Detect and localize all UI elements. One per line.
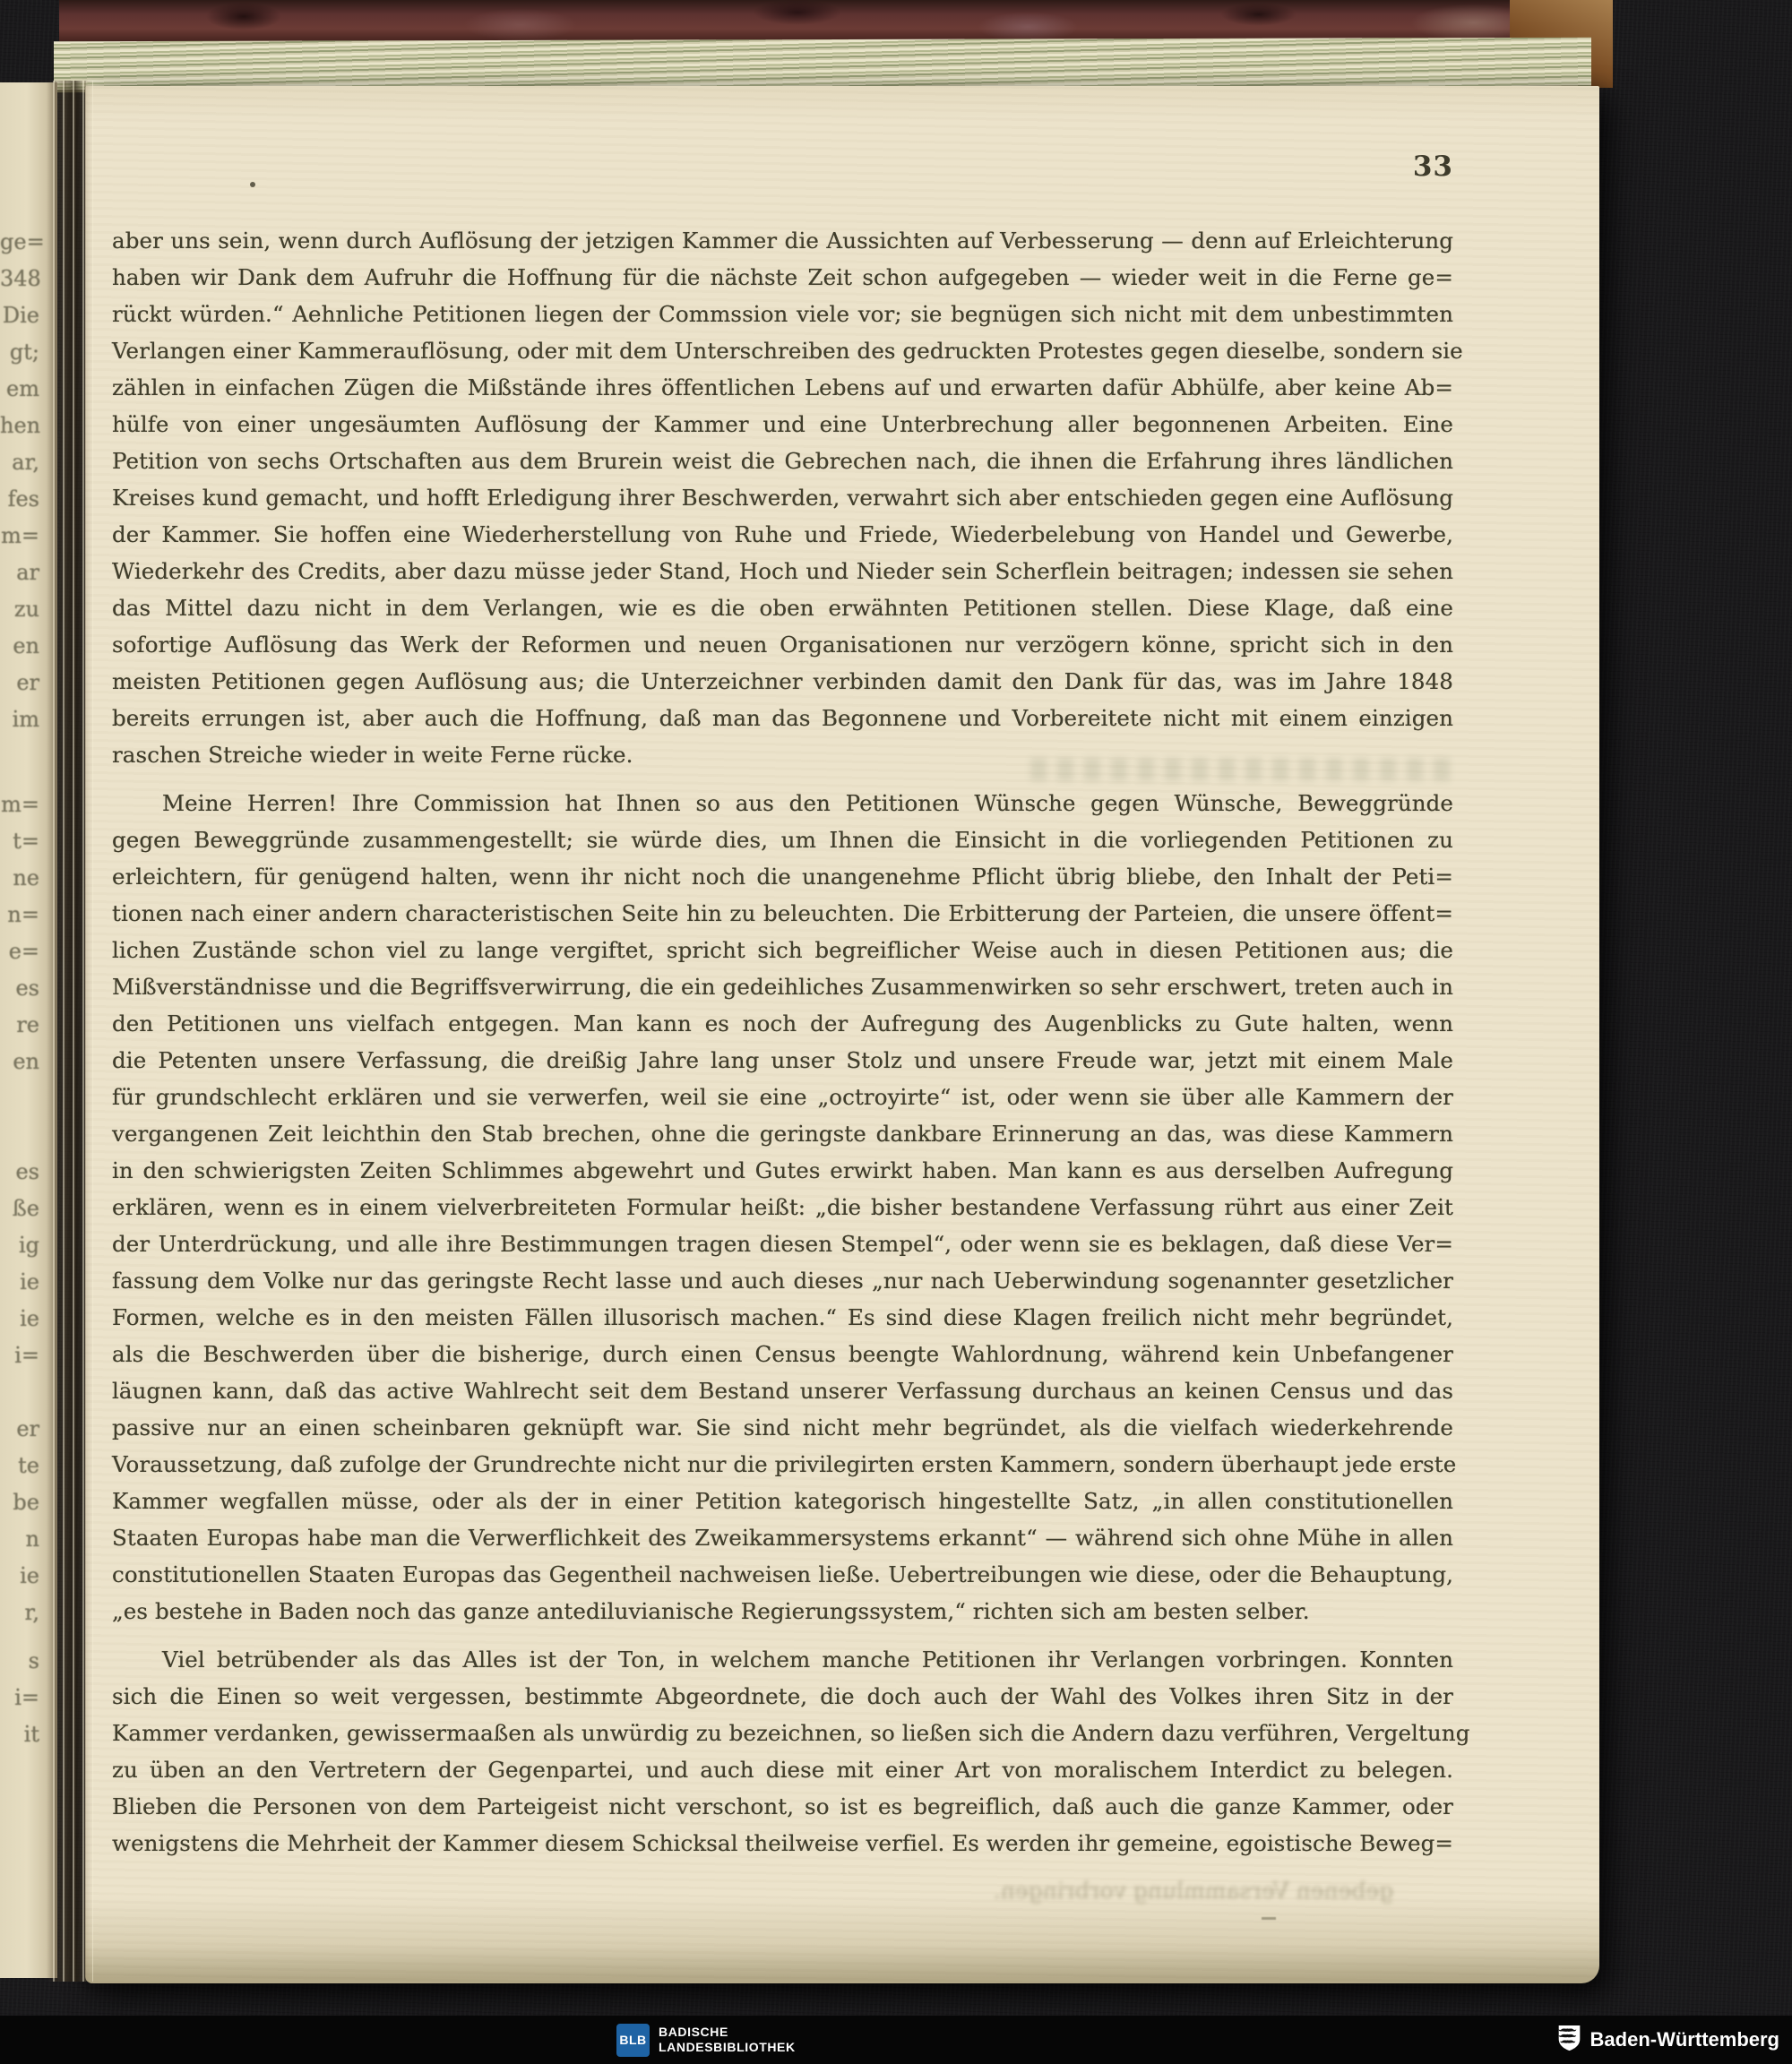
text-line: wenigstens die Mehrheit der Kammer diese… bbox=[112, 1825, 1453, 1862]
viewer-background: 33 aber uns sein, wenn durch Auflösung d… bbox=[0, 0, 1792, 2064]
text-line: fassung dem Volke nur das geringste Rech… bbox=[112, 1262, 1453, 1299]
blb-logo-mark: BLB bbox=[616, 2024, 650, 2057]
margin-fragment: ie bbox=[0, 1301, 39, 1337]
show-through-mark bbox=[1262, 1917, 1276, 1920]
margin-fragment: fes bbox=[0, 481, 39, 518]
margin-fragment: r, bbox=[0, 1595, 39, 1631]
text-line: läugnen kann, daß das active Wahlrecht s… bbox=[112, 1372, 1453, 1409]
text-line: erklären, wenn es in einem vielverbreite… bbox=[112, 1189, 1453, 1225]
text-line: Viel betrübender als das Alles ist der T… bbox=[112, 1641, 1453, 1678]
margin-fragment: es bbox=[0, 970, 39, 1007]
margin-fragment: t= bbox=[0, 823, 39, 860]
margin-fragment: e= bbox=[0, 933, 39, 970]
text-line: rückt würden.“ Aehnliche Petitionen lieg… bbox=[112, 296, 1453, 332]
margin-fragment: im bbox=[0, 701, 39, 738]
margin-fragment: hen bbox=[0, 408, 39, 444]
margin-fragment: er bbox=[0, 665, 39, 701]
text-line: der Unterdrückung, und alle ihre Bestimm… bbox=[112, 1225, 1453, 1262]
margin-fragment: en bbox=[0, 628, 39, 665]
text-line: tionen nach einer andern characteristisc… bbox=[112, 895, 1453, 932]
margin-fragment: re bbox=[0, 1007, 39, 1044]
text-line: Meine Herren! Ihre Commission hat Ihnen … bbox=[112, 785, 1453, 821]
margin-fragment: Die bbox=[0, 297, 39, 334]
text-line: Formen, welche es in den meisten Fällen … bbox=[112, 1299, 1453, 1336]
margin-fragment: ne bbox=[0, 860, 39, 897]
text-line: hülfe von einer ungesäumten Auflösung de… bbox=[112, 406, 1453, 443]
margin-fragment: m= bbox=[0, 518, 39, 555]
margin-fragment: ig bbox=[0, 1227, 39, 1264]
margin-fragment: i= bbox=[0, 1680, 39, 1716]
show-through-smudge bbox=[1030, 758, 1452, 781]
text-line: haben wir Dank dem Aufruhr die Hoffnung … bbox=[112, 259, 1453, 296]
text-line: Kammer wegfallen müsse, oder als der in … bbox=[112, 1483, 1453, 1519]
text-line: „es bestehe in Baden noch das ganze ante… bbox=[112, 1593, 1453, 1630]
text-line: das Mittel dazu nicht in dem Verlangen, … bbox=[112, 589, 1453, 626]
blb-logo[interactable]: BLB BADISCHE LANDESBIBLIOTHEK bbox=[616, 2016, 796, 2064]
blb-logo-text: BADISCHE LANDESBIBLIOTHEK bbox=[659, 2025, 796, 2055]
text-line: die Petenten unsere Verfassung, die drei… bbox=[112, 1042, 1453, 1079]
text-line: Staaten Europas habe man die Verwerflich… bbox=[112, 1519, 1453, 1556]
text-line: der Kammer. Sie hoffen eine Wiederherste… bbox=[112, 516, 1453, 553]
text-line: Kreises kund gemacht, und hofft Erledigu… bbox=[112, 479, 1453, 516]
margin-fragment: zu bbox=[0, 591, 39, 628]
margin-fragment: n bbox=[0, 1521, 39, 1558]
text-line: Blieben die Personen von dem Parteigeist… bbox=[112, 1788, 1453, 1825]
margin-fragment: ie bbox=[0, 1558, 39, 1595]
text-line: Mißverständnisse und die Begriffsverwirr… bbox=[112, 968, 1453, 1005]
text-line: den Petitionen uns vielfach entgegen. Ma… bbox=[112, 1005, 1453, 1042]
margin-fragment: ar, bbox=[0, 444, 39, 481]
text-line: Voraussetzung, daß zufolge der Grundrech… bbox=[112, 1446, 1453, 1483]
show-through-text: gebenen Versammlung vorbringen. bbox=[916, 1878, 1471, 1905]
text-line: in den schwierigsten Zeiten Schlimmes ab… bbox=[112, 1152, 1453, 1189]
margin-fragment: ar bbox=[0, 555, 39, 591]
text-line: Wiederkehr des Credits, aber dazu müsse … bbox=[112, 553, 1453, 589]
margin-fragment: gt; bbox=[0, 334, 39, 371]
margin-fragment: ie bbox=[0, 1264, 39, 1301]
text-line: zählen in einfachen Zügen die Mißstände … bbox=[112, 369, 1453, 406]
body-text: aber uns sein, wenn durch Auflösung der … bbox=[112, 0, 1453, 2064]
margin-fragment: i= bbox=[0, 1337, 39, 1374]
text-line: lichen Zustände schon viel zu lange verg… bbox=[112, 932, 1453, 968]
blb-name-line2: LANDESBIBLIOTHEK bbox=[659, 2040, 796, 2055]
margin-fragment: ße bbox=[0, 1191, 39, 1227]
text-line: bereits errungen ist, aber auch die Hoff… bbox=[112, 700, 1453, 736]
text-line: sofortige Auflösung das Werk der Reforme… bbox=[112, 626, 1453, 663]
text-line: erleichtern, für genügend halten, wenn i… bbox=[112, 858, 1453, 895]
text-line: passive nur an einen scheinbaren geknüpf… bbox=[112, 1409, 1453, 1446]
margin-fragment: en bbox=[0, 1044, 39, 1080]
margin-fragment: er bbox=[0, 1411, 39, 1448]
text-line: constitutionellen Staaten Europas das Ge… bbox=[112, 1556, 1453, 1593]
margin-fragment: em bbox=[0, 371, 39, 408]
blb-name-line1: BADISCHE bbox=[659, 2025, 796, 2040]
baden-wuerttemberg-logo[interactable]: Baden-Württemberg bbox=[1557, 2016, 1779, 2064]
gutter-shadow bbox=[47, 81, 93, 1982]
margin-fragment: be bbox=[0, 1484, 39, 1521]
text-line: Verlangen einer Kammerauflösung, oder mi… bbox=[112, 332, 1453, 369]
text-line: aber uns sein, wenn durch Auflösung der … bbox=[112, 222, 1453, 259]
margin-fragment: es bbox=[0, 1154, 39, 1191]
text-line: sich die Einen so weit vergessen, bestim… bbox=[112, 1678, 1453, 1715]
text-line: für grundschlecht erklären und sie verwe… bbox=[112, 1079, 1453, 1115]
margin-fragment: s bbox=[0, 1643, 39, 1680]
margin-fragment: te bbox=[0, 1448, 39, 1484]
margin-fragment: it bbox=[0, 1716, 39, 1753]
margin-fragment: m= bbox=[0, 787, 39, 823]
text-line: als die Beschwerden über die bisherige, … bbox=[112, 1336, 1453, 1372]
baden-wuerttemberg-label: Baden-Württemberg bbox=[1590, 2028, 1779, 2051]
text-line: meisten Petitionen gegen Auflösung aus; … bbox=[112, 663, 1453, 700]
text-line: Petition von sechs Ortschaften aus dem B… bbox=[112, 443, 1453, 479]
margin-fragment: 348 bbox=[0, 261, 39, 297]
margin-fragment: ge= bbox=[0, 224, 39, 261]
text-line: gegen Beweggründe zusammengestellt; sie … bbox=[112, 821, 1453, 858]
footer-bar: BLB BADISCHE LANDESBIBLIOTHEK Baden-Würt… bbox=[0, 2016, 1792, 2064]
text-line: vergangenen Zeit leichthin den Stab brec… bbox=[112, 1115, 1453, 1152]
coat-of-arms-icon bbox=[1557, 2024, 1581, 2056]
text-line: zu üben an den Vertretern der Gegenparte… bbox=[112, 1751, 1453, 1788]
text-line: Kammer verdanken, gewissermaaßen als unw… bbox=[112, 1715, 1453, 1751]
margin-fragment: n= bbox=[0, 897, 39, 933]
